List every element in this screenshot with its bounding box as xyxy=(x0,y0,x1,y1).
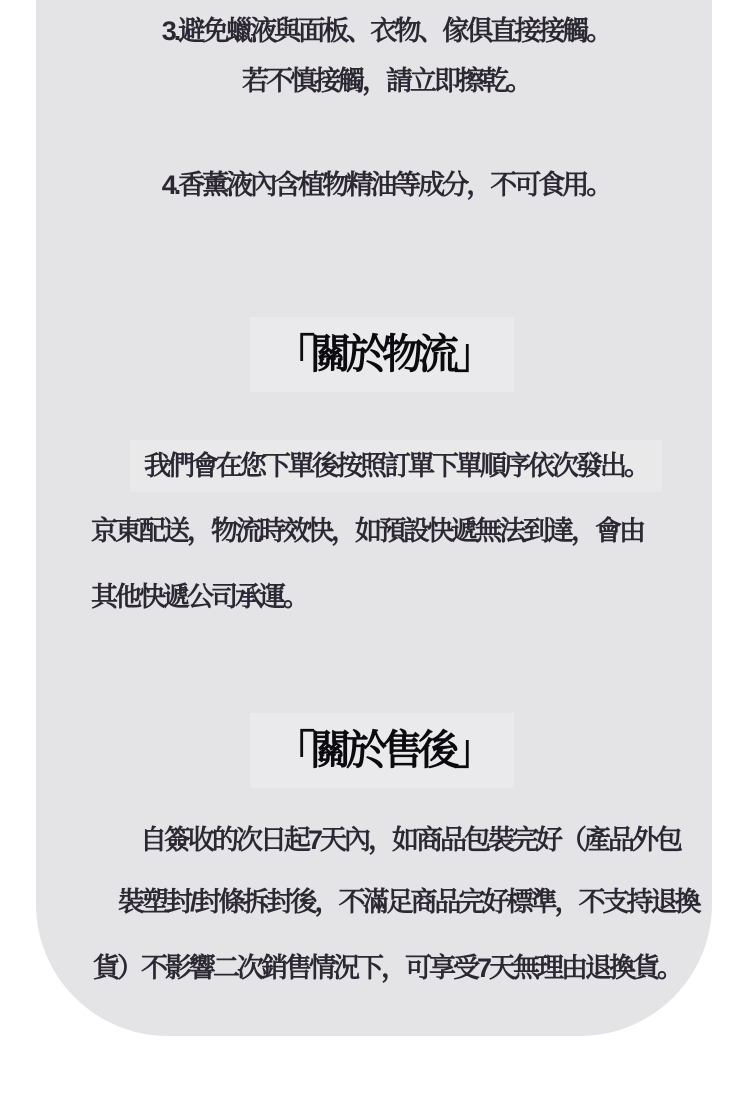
logistics-section-heading: 「關於物流」 xyxy=(44,334,720,375)
product-description-page: 3.避免蠟液與面板、衣物、傢俱直接接觸。 若不慎接觸，請立即擦乾。 4.香薰液內… xyxy=(0,0,750,1118)
care-note-3-line2: 若不慎接觸，請立即擦乾。 xyxy=(48,66,724,96)
aftersales-heading-text: 「關於售後」 xyxy=(250,713,514,788)
aftersales-section-heading: 「關於售後」 xyxy=(44,730,720,771)
logistics-paragraph-line1-text: 我們會在您下單後按照訂單下單順序依次發出。 xyxy=(130,440,662,492)
aftersales-paragraph-line3: 貨）不影響二次銷售情況下，可享受7天無理由退換貨。 xyxy=(93,953,681,983)
logistics-paragraph-line2: 京東配送，物流時效快，如預設快遞無法到達，會由 xyxy=(91,516,643,546)
logistics-paragraph-line1: 我們會在您下單後按照訂單下單順序依次發出。 xyxy=(144,451,648,481)
logistics-paragraph-line3: 其他快遞公司承運。 xyxy=(91,582,307,612)
aftersales-paragraph-line2: 裝塑封/封條拆封後，不滿足商品完好標準，不支持退換 xyxy=(118,887,699,917)
care-note-4-line1: 4.香薰液內含植物精油等成分，不可食用。 xyxy=(48,170,724,200)
logistics-heading-text: 「關於物流」 xyxy=(250,317,514,392)
care-note-3-line1: 3.避免蠟液與面板、衣物、傢俱直接接觸。 xyxy=(48,16,724,46)
aftersales-paragraph-line1: 自簽收的次日起7天內，如商品包裝完好（產品外包 xyxy=(140,825,680,855)
description-card: 3.避免蠟液與面板、衣物、傢俱直接接觸。 若不慎接觸，請立即擦乾。 4.香薰液內… xyxy=(36,0,712,1036)
